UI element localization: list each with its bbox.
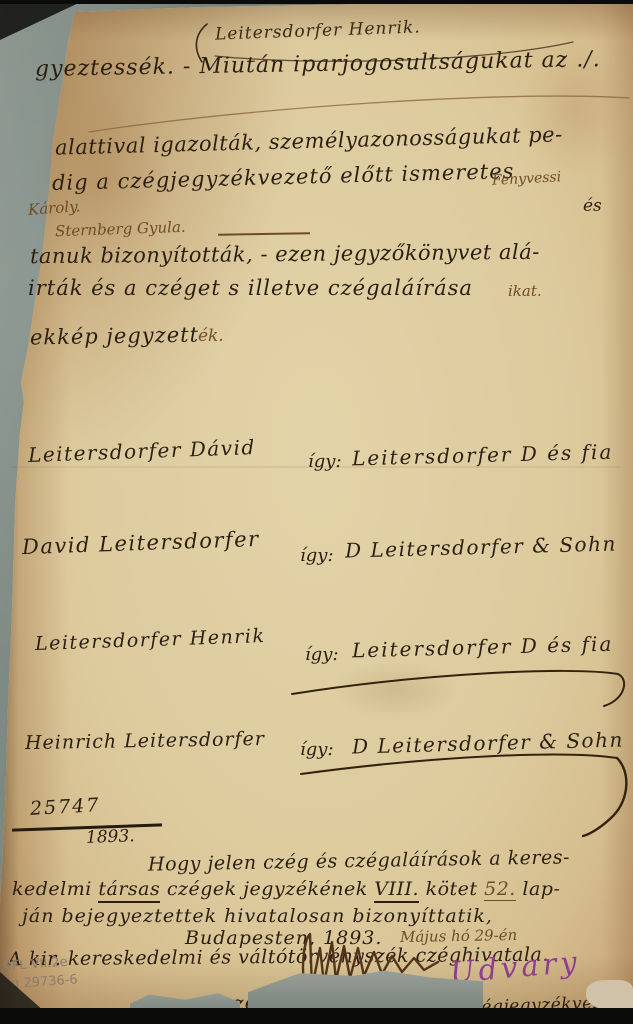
cert-page: 52. xyxy=(484,878,516,901)
file-year: 1893. xyxy=(86,827,135,847)
cert-line2-part2: czégek jegyzékének xyxy=(167,878,368,900)
para2-line2: irták és a czéget s illetve czégaláírása xyxy=(28,277,473,300)
cert-line3: ján bejegyeztettek hivatalosan bizonyítt… xyxy=(22,906,493,927)
para2-added-suffix: ikat. xyxy=(508,283,542,300)
cert-line2: kedelmi társas czégek jegyzékének VIII. … xyxy=(12,879,560,900)
cert-volume: VIII. xyxy=(374,878,419,903)
cert-line2-part1: kedelmi xyxy=(12,878,92,900)
firm-underline-flourish xyxy=(295,748,633,843)
witness1-last-name: Károly. xyxy=(27,198,80,218)
firm-underline-flourish xyxy=(288,658,633,718)
para3-main: ekkép jegyzett xyxy=(30,324,199,350)
frame-edge xyxy=(0,1008,633,1024)
thus-label: így: xyxy=(300,546,334,566)
document-photo: Leitersdorfer Henrik. gyeztessék. - Miut… xyxy=(0,0,633,1024)
cert-line2-part3: kötet xyxy=(426,878,478,900)
conjunction-and: és xyxy=(583,197,602,216)
file-number: 25747 xyxy=(30,795,101,820)
frame-edge xyxy=(0,0,633,4)
torn-patch xyxy=(586,980,633,1010)
para2-line1: tanuk bizonyították, - ezen jegyzőkönyve… xyxy=(30,241,540,269)
signatory-name: Heinrich Leitersdorfer xyxy=(25,729,265,754)
thus-label: így: xyxy=(308,452,342,472)
para3-added-suffix: ék. xyxy=(198,327,224,346)
cert-line2-part4: lap- xyxy=(522,878,560,900)
cert-company-type: társas xyxy=(98,878,160,903)
